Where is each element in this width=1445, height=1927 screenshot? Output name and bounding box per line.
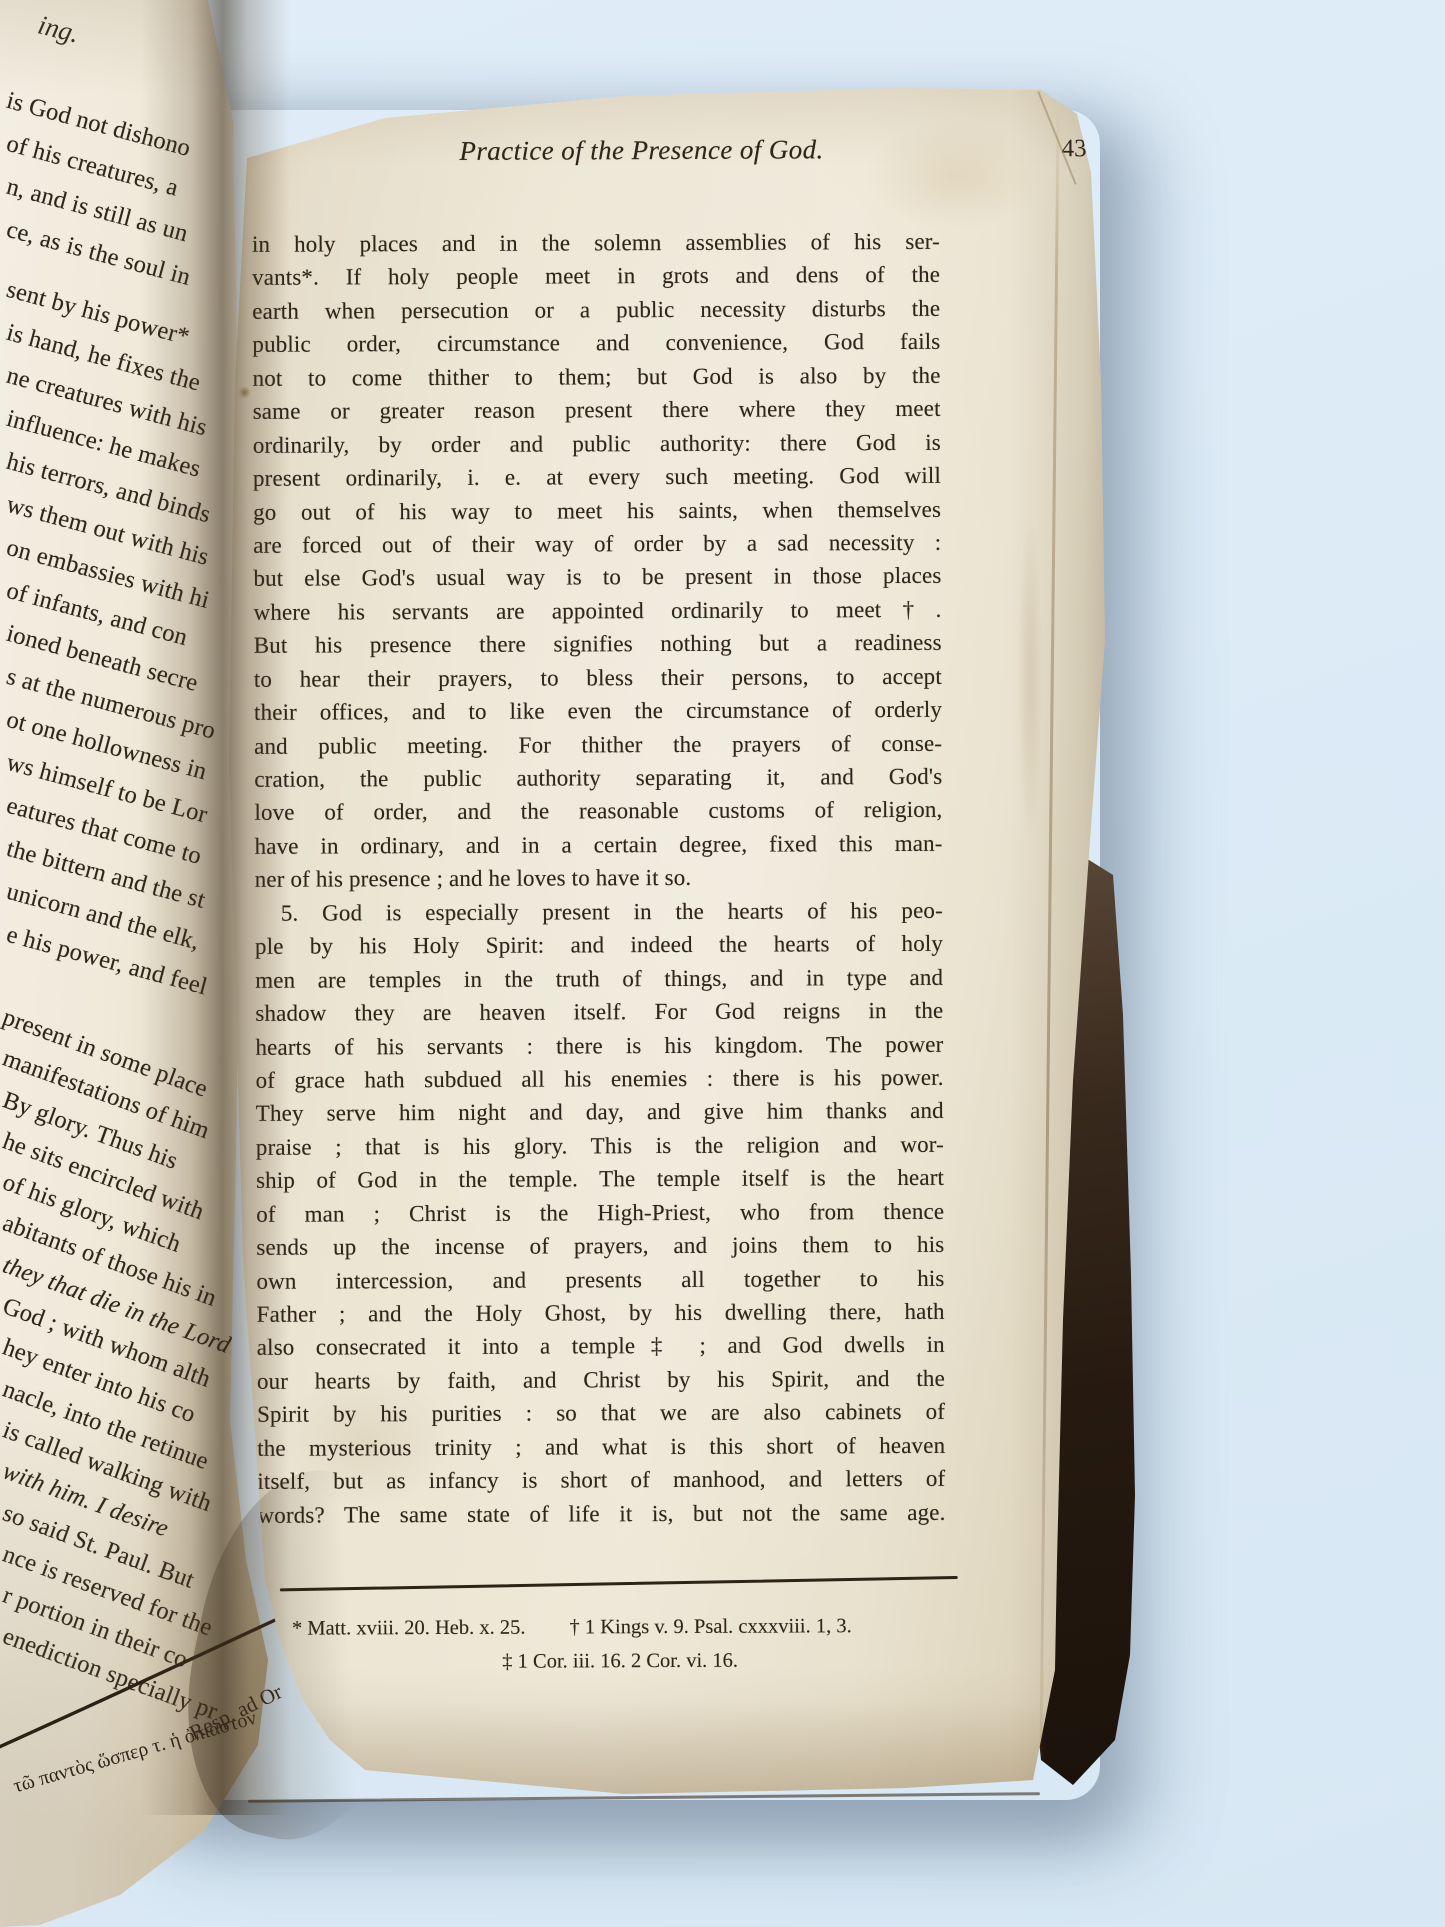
photo-open-antique-book: ing. is God not dishonoof his creatures,… (0, 0, 1445, 1927)
body-text-line: 5. God is especially present in the hear… (255, 894, 943, 930)
body-text-line: go out of his way to meet his saints, wh… (253, 492, 941, 528)
left-page-running-head-fragment: ing. (35, 9, 83, 49)
body-text-line: public order, circumstance and convenien… (252, 325, 940, 361)
body-text-line: ship of God in the temple. The temple it… (256, 1161, 944, 1197)
body-text-line: also consecrated it into a temple‡ ; and… (257, 1328, 945, 1364)
body-text-line: to hear their prayers, to bless their pe… (254, 659, 942, 695)
body-text-line: have in ordinary, and in a certain degre… (255, 827, 943, 863)
footnote-matthew-hebrews: * Matt. xviii. 20. Heb. x. 25. (292, 1617, 526, 1641)
body-text-line: our hearts by faith, and Christ by his S… (257, 1362, 945, 1398)
body-text-line: the mysterious trinity ; and what is thi… (257, 1429, 945, 1465)
body-text-line: words? The same state of life it is, but… (257, 1495, 945, 1531)
body-text-line: same or greater reason present there whe… (253, 392, 941, 428)
footnote-line-1: * Matt. xviii. 20. Heb. x. 25. † 1 Kings… (292, 1615, 982, 1641)
body-text-line: but else God's usual way is to be presen… (253, 559, 941, 595)
right-page: Practice of the Presence of God. 43 in h… (205, 80, 1130, 1805)
body-text-line: not to come thither to them; but God is … (252, 359, 940, 395)
body-text-line: cration, the public authority separating… (254, 760, 942, 796)
body-text-line: They serve him night and day, and give h… (256, 1094, 944, 1130)
body-text-line: ner of his presence ; and he loves to ha… (255, 860, 943, 896)
body-text: in holy places and in the solemn assembl… (252, 225, 946, 1532)
body-text-line: and public meeting. For thither the pray… (254, 726, 942, 762)
body-text-line: of grace hath subdued all his enemies : … (256, 1061, 944, 1097)
body-text-line: itself, but as infancy is short of manho… (257, 1462, 945, 1498)
body-text-line: sends up the incense of prayers, and joi… (256, 1228, 944, 1264)
body-text-line: Spirit by his purities : so that we are … (257, 1395, 945, 1431)
footnote-rule (280, 1576, 958, 1592)
body-text-line: their offices, and to like even the circ… (254, 693, 942, 729)
body-text-line: earth when persecution or a public neces… (252, 292, 940, 328)
body-text-line: men are temples in the truth of things, … (255, 960, 943, 996)
body-text-line: where his servants are appointed ordinar… (253, 593, 941, 629)
footnote-kings-psalms: † 1 Kings v. 9. Psal. cxxxviii. 1, 3. (569, 1615, 851, 1639)
body-text-line: own intercession, and presents all toget… (256, 1261, 944, 1297)
body-text-line: shadow they are heaven itself. For God r… (255, 994, 943, 1030)
right-page-content: Practice of the Presence of God. 43 in h… (201, 78, 1134, 1807)
running-title: Practice of the Presence of God. (351, 134, 931, 168)
body-text-line: ple by his Holy Spirit: and indeed the h… (255, 927, 943, 963)
body-text-line: praise ; that is his glory. This is the … (256, 1128, 944, 1164)
body-text-line: ordinarily, by order and public authorit… (253, 425, 941, 461)
body-text-line: vants*. If holy people meet in grots and… (252, 258, 940, 294)
body-text-line: But his presence there signifies nothing… (254, 626, 942, 662)
body-text-line: in holy places and in the solemn assembl… (252, 225, 940, 261)
body-text-line: Father ; and the Holy Ghost, by his dwel… (257, 1295, 945, 1331)
body-text-line: of man ; Christ is the High-Priest, who … (256, 1194, 944, 1230)
body-text-line: love of order, and the reasonable custom… (254, 793, 942, 829)
body-text-line: present ordinarily, i. e. at every such … (253, 459, 941, 495)
body-text-line: are forced out of their way of order by … (253, 526, 941, 562)
footnote-line-2: ‡ 1 Cor. iii. 16. 2 Cor. vi. 16. (280, 1649, 960, 1675)
body-text-line: hearts of his servants : there is his ki… (255, 1027, 943, 1063)
